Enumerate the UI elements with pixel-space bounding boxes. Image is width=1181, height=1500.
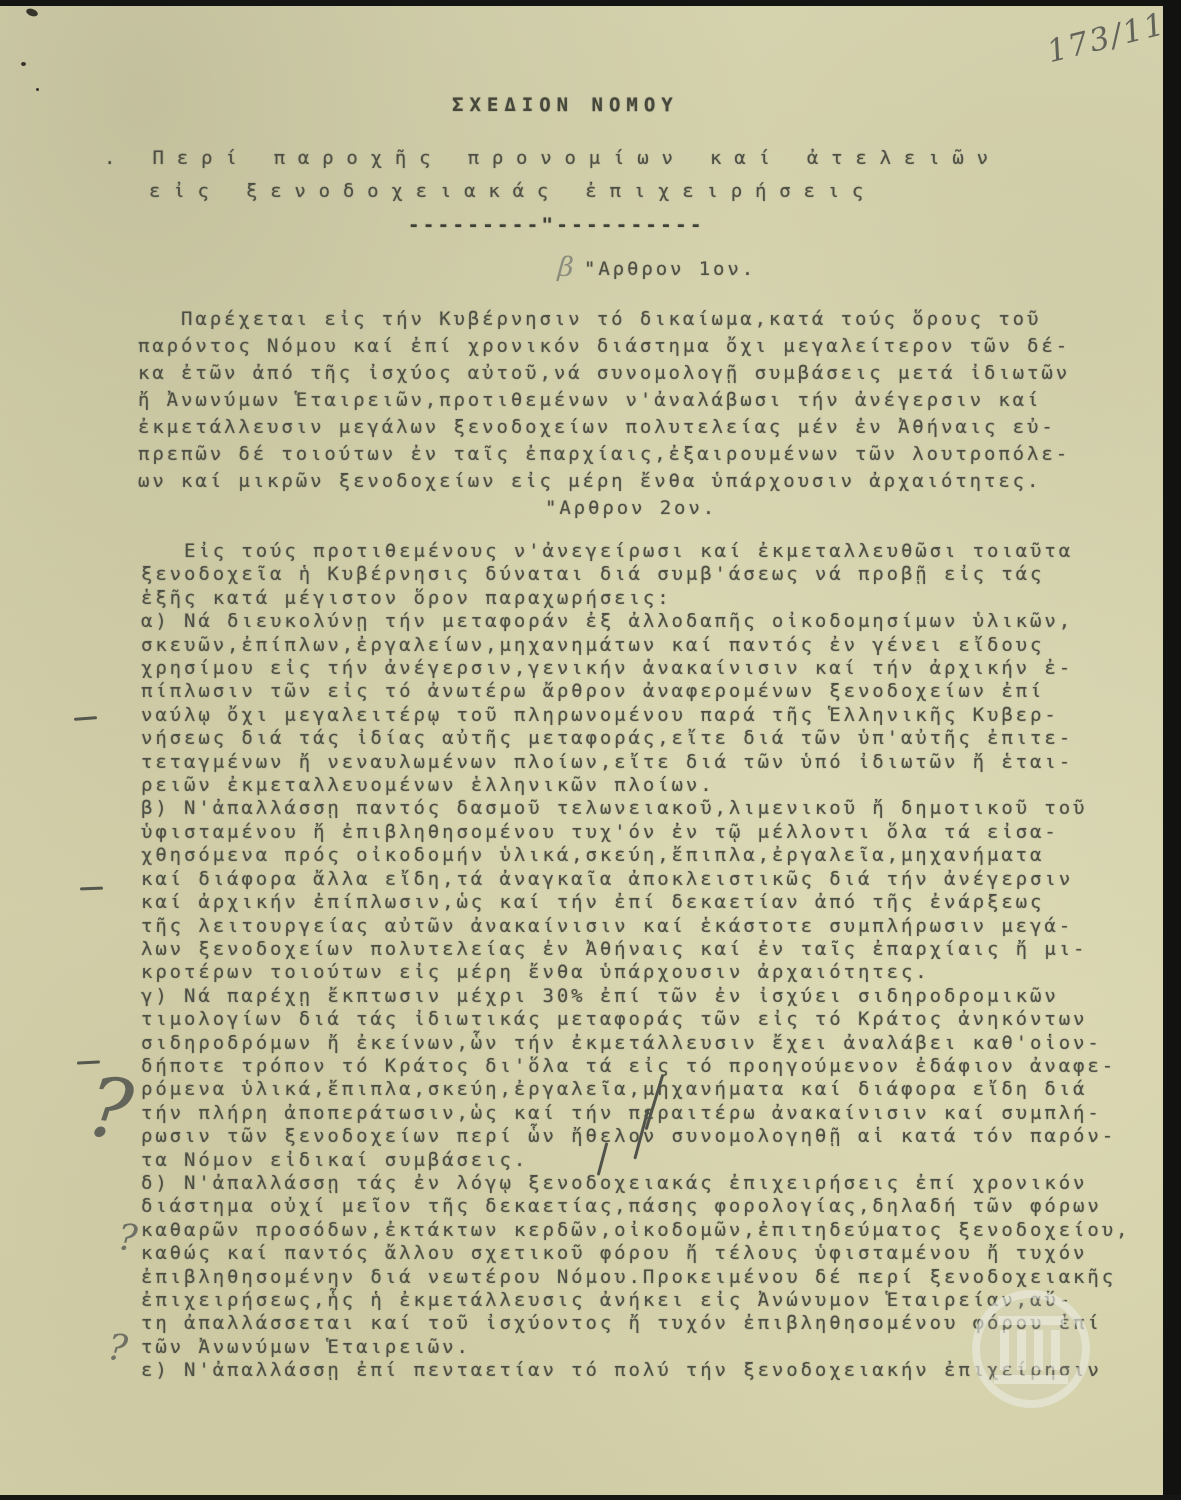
catalog-number: 173/11 <box>1043 6 1169 70</box>
margin-dash-mark <box>74 716 97 721</box>
article-2-text: Εἰς τούς προτιθεμένους ν'ἀνεγείρωσι καί … <box>141 540 1130 1383</box>
article-1-text: Παρέχεται εἰς τήν Κυβέρνησιν τό δικαίωμα… <box>138 306 1070 495</box>
document-subtitle-line1: . Περί παροχῆς προνομίων καί ἀτελειῶν <box>104 147 1001 169</box>
watermark-building-icon <box>998 1316 1064 1325</box>
margin-question-mark: ? <box>106 1327 129 1370</box>
scan-speck <box>21 62 26 66</box>
scan-edge-right <box>1163 0 1181 1500</box>
document-title: ΣΧΕΔΙΟΝ ΝΟΜΟΥ <box>452 94 679 116</box>
article-1-heading: "Αρθρον 1ον. <box>584 258 756 280</box>
scan-edge-bottom <box>0 1495 1181 1500</box>
watermark-stamp <box>972 1290 1090 1408</box>
title-divider: ---------"---------- <box>408 214 705 236</box>
document-subtitle-line2: εἰς ξενοδοχειακάς ἐπιχειρήσεις <box>149 180 876 202</box>
scan-speck <box>36 88 39 91</box>
margin-question-mark: ? <box>117 1217 139 1259</box>
scan-edge-top <box>0 0 1181 6</box>
margin-question-mark-large: ? <box>82 1060 137 1160</box>
watermark-column <box>1051 1330 1060 1370</box>
watermark-column <box>1034 1330 1043 1370</box>
scan-speck <box>25 7 39 18</box>
watermark-column <box>1000 1330 1009 1370</box>
scanned-document-page: 173/11 ΣΧΕΔΙΟΝ ΝΟΜΟΥ . Περί παροχῆς προν… <box>0 0 1181 1500</box>
pencil-beta-mark: β <box>557 251 575 283</box>
margin-dash-mark <box>80 887 103 891</box>
watermark-column <box>1017 1330 1026 1370</box>
article-2-heading: "Αρθρον 2ον. <box>545 497 717 519</box>
watermark-base <box>994 1375 1068 1384</box>
